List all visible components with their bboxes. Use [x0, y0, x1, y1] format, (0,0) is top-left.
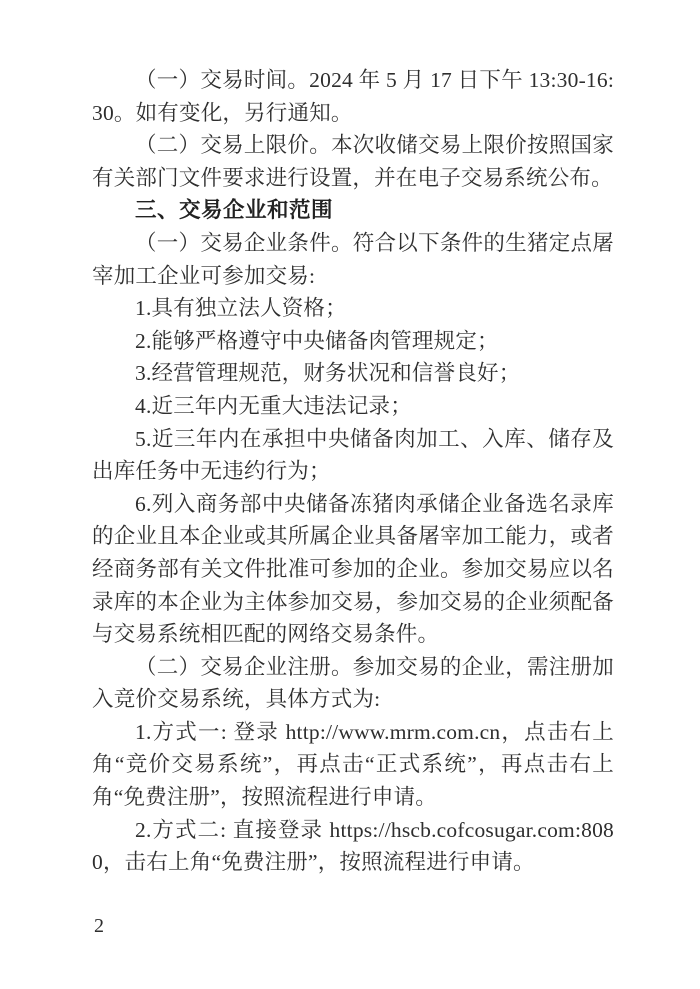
paragraph-trading-time: （一）交易时间。2024 年 5 月 17 日下午 13:30-16:30。如有… — [92, 64, 614, 129]
list-item-condition-1: 1.具有独立法人资格； — [92, 292, 614, 325]
list-item-condition-2: 2.能够严格遵守中央储备肉管理规定； — [92, 325, 614, 358]
document-body: （一）交易时间。2024 年 5 月 17 日下午 13:30-16:30。如有… — [92, 64, 614, 879]
list-item-registration-method-2: 2.方式二: 直接登录 https://hscb.cofcosugar.com:… — [92, 814, 614, 879]
document-page: （一）交易时间。2024 年 5 月 17 日下午 13:30-16:30。如有… — [0, 0, 700, 989]
list-item-condition-3: 3.经营管理规范，财务状况和信誉良好； — [92, 357, 614, 390]
list-item-condition-6: 6.列入商务部中央储备冻猪肉承储企业备选名录库的企业且本企业或其所属企业具备屠宰… — [92, 488, 614, 651]
section-heading-trading-enterprises: 三、交易企业和范围 — [92, 194, 614, 227]
paragraph-enterprise-conditions: （一）交易企业条件。符合以下条件的生猪定点屠宰加工企业可参加交易: — [92, 227, 614, 292]
paragraph-enterprise-registration: （二）交易企业注册。参加交易的企业，需注册加入竞价交易系统，具体方式为: — [92, 651, 614, 716]
page-number: 2 — [94, 912, 104, 940]
paragraph-price-cap: （二）交易上限价。本次收储交易上限价按照国家有关部门文件要求进行设置，并在电子交… — [92, 129, 614, 194]
list-item-condition-4: 4.近三年内无重大违法记录； — [92, 390, 614, 423]
list-item-condition-5: 5.近三年内在承担中央储备肉加工、入库、储存及出库任务中无违约行为； — [92, 423, 614, 488]
list-item-registration-method-1: 1.方式一: 登录 http://www.mrm.com.cn，点击右上角“竞价… — [92, 716, 614, 814]
